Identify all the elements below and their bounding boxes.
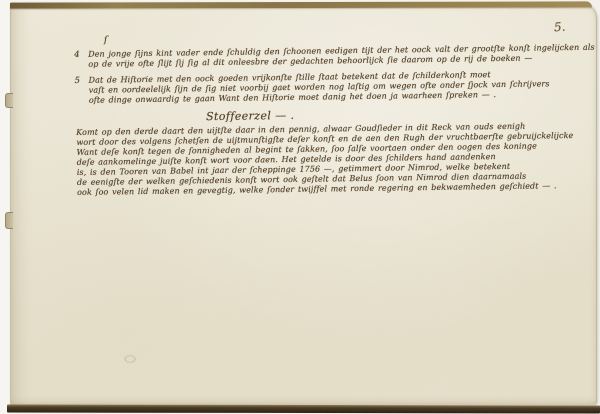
numbered-item-5: 5 Dat de Hiſtorie met den oock goeden vr… <box>70 69 570 106</box>
page-top-edge <box>10 1 592 8</box>
numbered-item-4: 4 Den jonge ſijns kint vader ende ſchuld… <box>70 43 570 70</box>
binding-tab <box>5 93 13 108</box>
body-paragraph: Komt op den derde daart den uijtſte daar… <box>76 121 572 198</box>
page-bottom-edge <box>7 404 600 413</box>
item-number: 5 <box>70 76 88 106</box>
item-number: 4 <box>70 50 88 70</box>
item-lines: Dat de Hiſtorie met den oock goeden vrij… <box>88 69 570 106</box>
binding-tab <box>5 212 13 229</box>
page-number: 5. <box>554 20 566 35</box>
manuscript-photo: 5. ſ 4 Den jonge ſijns kint vader ende ſ… <box>0 0 600 414</box>
item-lines: Den jonge ſijns kint vader ende ſchuldig… <box>88 43 570 70</box>
handwritten-text-block: ſ 4 Den jonge ſijns kint vader ende ſchu… <box>70 35 572 198</box>
paper-stain <box>124 355 136 363</box>
insertion-mark: ſ <box>104 36 107 45</box>
